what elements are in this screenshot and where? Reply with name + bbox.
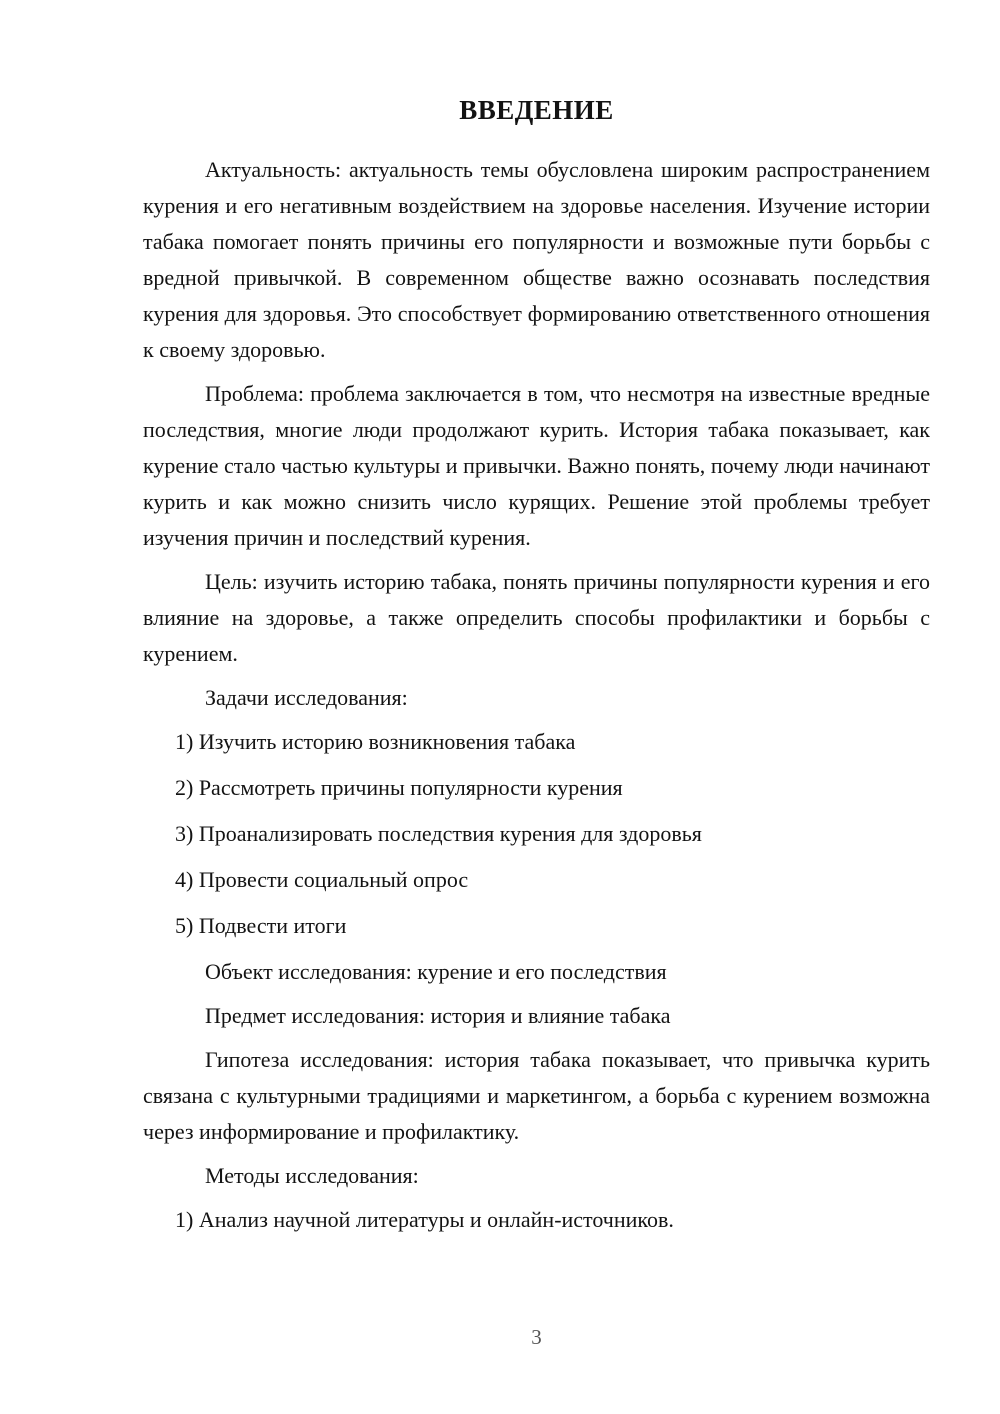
- paragraph-goal: Цель: изучить историю табака, понять при…: [143, 564, 930, 672]
- task-item-5: 5) Подвести итоги: [175, 908, 930, 944]
- paragraph-actuality: Актуальность: актуальность темы обусловл…: [143, 152, 930, 368]
- method-item-1: 1) Анализ научной литературы и онлайн-ис…: [175, 1202, 930, 1238]
- object-line: Объект исследования: курение и его после…: [143, 954, 930, 990]
- page-number: 3: [143, 1322, 930, 1352]
- subject-line: Предмет исследования: история и влияние …: [143, 998, 930, 1034]
- document-page: ВВЕДЕНИЕ Актуальность: актуальность темы…: [0, 0, 1000, 1414]
- paragraph-problem: Проблема: проблема заключается в том, чт…: [143, 376, 930, 556]
- paragraph-hypothesis: Гипотеза исследования: история табака по…: [143, 1042, 930, 1150]
- task-item-1: 1) Изучить историю возникновения табака: [175, 724, 930, 760]
- page-content: ВВЕДЕНИЕ Актуальность: актуальность темы…: [143, 94, 930, 1248]
- section-heading: ВВЕДЕНИЕ: [143, 94, 930, 126]
- methods-label: Методы исследования:: [143, 1158, 930, 1194]
- tasks-label: Задачи исследования:: [143, 680, 930, 716]
- task-item-2: 2) Рассмотреть причины популярности куре…: [175, 770, 930, 806]
- task-item-3: 3) Проанализировать последствия курения …: [175, 816, 930, 852]
- task-item-4: 4) Провести социальный опрос: [175, 862, 930, 898]
